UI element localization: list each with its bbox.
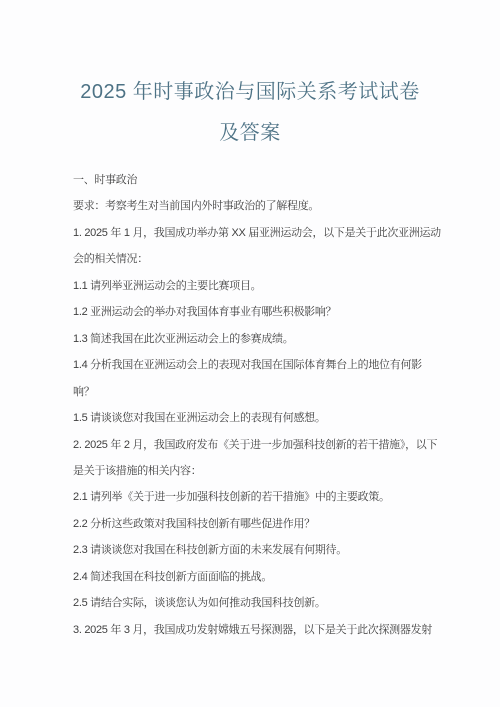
text-line: 3. 2025 年 3 月，我国成功发射嫦娥五号探测器，以下是关于此次探测器发射	[73, 617, 445, 643]
text-line: 2.3 请谈谈您对我国在科技创新方面的未来发展有何期待。	[73, 537, 445, 563]
text-line: 2. 2025 年 2 月，我国政府发布《关于进一步加强科技创新的若干措施》，以…	[73, 432, 445, 458]
section-heading: 一、时事政治	[73, 167, 445, 193]
text-line: 2.2 分析这些政策对我国科技创新有哪些促进作用？	[73, 511, 445, 537]
text-line: 1.3 简述我国在此次亚洲运动会上的参赛成绩。	[73, 326, 445, 352]
text-line: 1.2 亚洲运动会的举办对我国体育事业有哪些积极影响？	[73, 299, 445, 325]
text-line: 2.4 简述我国在科技创新方面面临的挑战。	[73, 564, 445, 590]
text-line: 1.5 请谈谈您对我国在亚洲运动会上的表现有何感想。	[73, 405, 445, 431]
title-line-1: 2025 年时事政治与国际关系考试试卷	[38, 72, 462, 113]
text-line: 2.1 请列举《关于进一步加强科技创新的若干措施》中的主要政策。	[73, 484, 445, 510]
text-line: 1.1 请列举亚洲运动会的主要比赛项目。	[73, 273, 445, 299]
document-title: 2025 年时事政治与国际关系考试试卷 及答案	[38, 72, 462, 154]
text-line: 2.5 请结合实际，谈谈您认为如何推动我国科技创新。	[73, 590, 445, 616]
text-line: 1.4 分析我国在亚洲运动会上的表现对我国在国际体育舞台上的地位有何影	[73, 352, 445, 378]
text-line: 会的相关情况：	[73, 246, 445, 272]
text-line: 响？	[73, 379, 445, 405]
title-line-2: 及答案	[38, 113, 462, 154]
text-line: 要求：考察考生对当前国内外时事政治的了解程度。	[73, 193, 445, 219]
exam-document-page: 2025 年时事政治与国际关系考试试卷 及答案 一、时事政治 要求：考察考生对当…	[0, 0, 500, 707]
text-line: 是关于该措施的相关内容：	[73, 458, 445, 484]
text-line: 1. 2025 年 1 月，我国成功举办第 XX 届亚洲运动会，以下是关于此次亚…	[73, 220, 445, 246]
document-body: 一、时事政治 要求：考察考生对当前国内外时事政治的了解程度。 1. 2025 年…	[73, 167, 445, 643]
